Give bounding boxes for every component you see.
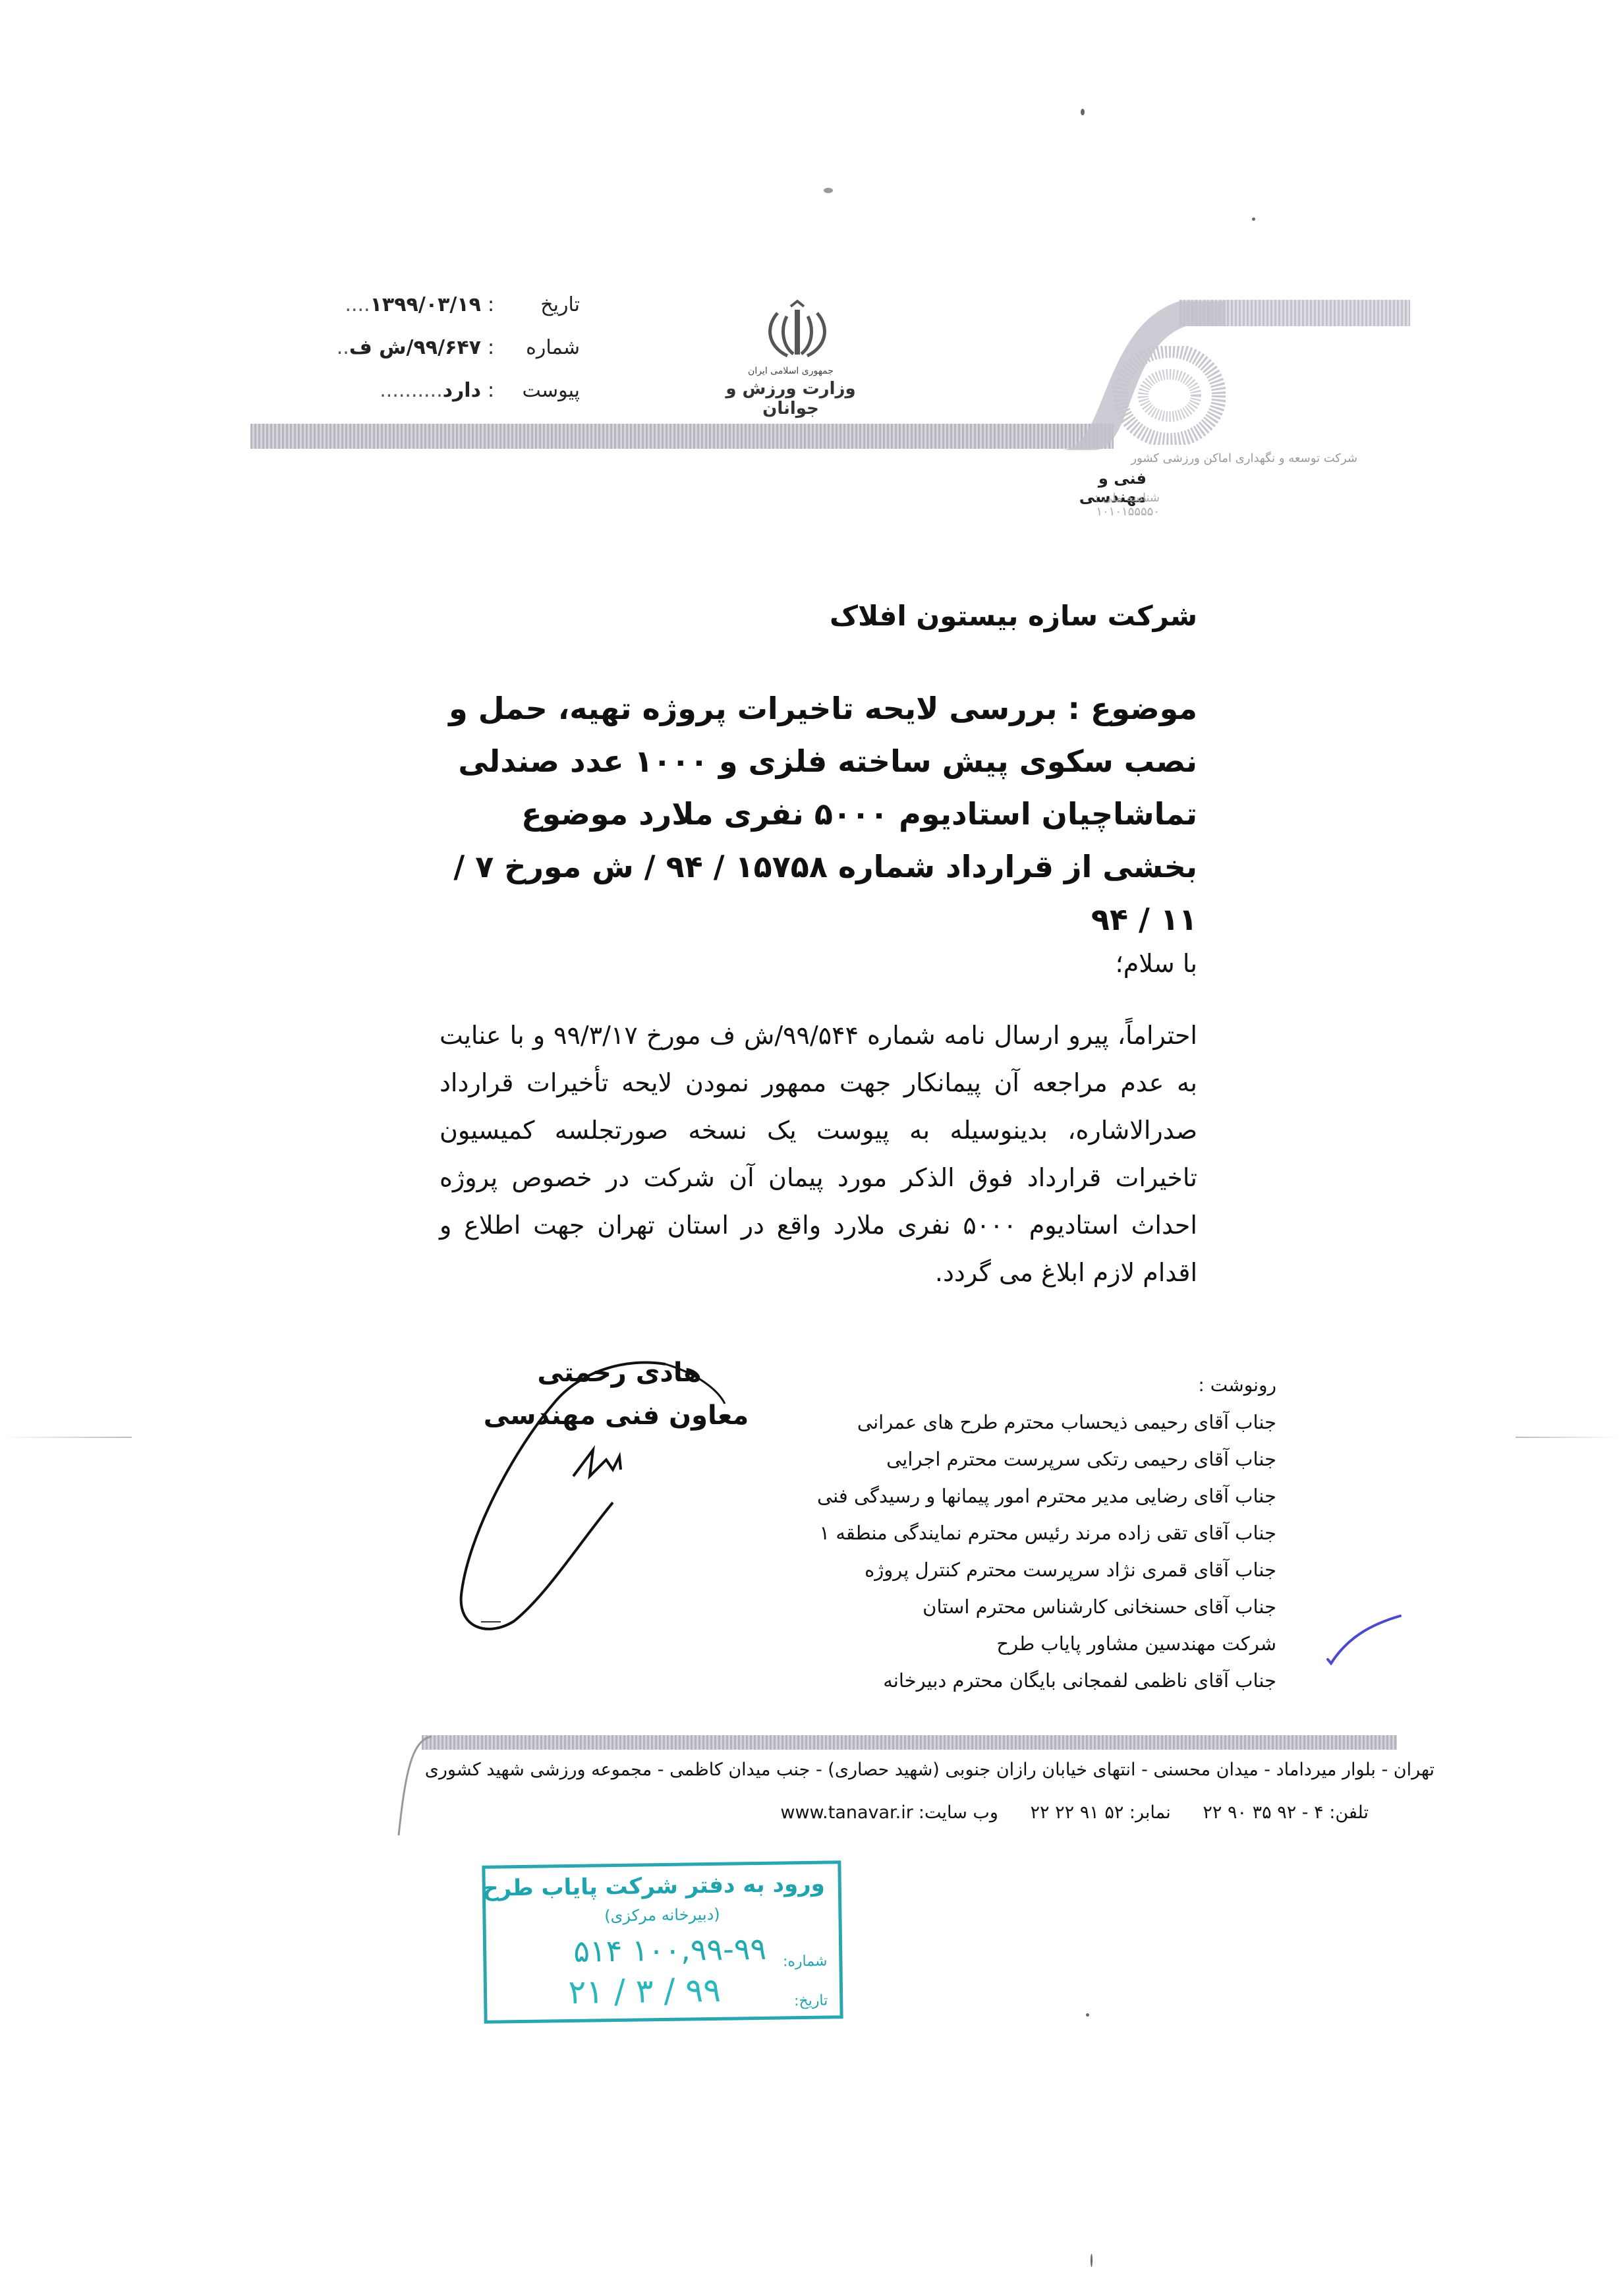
number-value: ۹۹/۶۴۷/ش ف [349,336,481,359]
number-label: شماره [501,336,580,359]
date-label: تاریخ [501,293,580,316]
footer-contact: تلفن: ۴ - ۹۲ ۳۵ ۹۰ ۲۲ نمابر: ۵۲ ۹۱ ۲۲ ۲۲… [754,1802,1369,1823]
attachment-field: پیوست:دارد.......... [329,379,580,402]
greeting: با سلام؛ [1116,949,1197,978]
stamp-date-value: ۹۹ / ۳ / ۲۱ [568,1971,721,2011]
stamp-date-label: تاریخ: [794,1993,828,2010]
scan-crease [0,1437,132,1438]
footer-website: www.tanavar.ir [780,1802,913,1823]
footer-band [422,1735,1397,1750]
cc-item: جناب آقای حسنخانی کارشناس محترم استان [617,1588,1276,1625]
cc-item: جناب آقای رحیمی ذیحساب محترم طرح های عمر… [617,1404,1276,1441]
cc-item: جناب آقای رحیمی رتکی سرپرست محترم اجرایی [617,1441,1276,1478]
cc-item: شرکت مهندسین مشاور پایاب طرح [617,1625,1276,1662]
footer-address: تهران - بلوار میرداماد - میدان محسنی - ا… [425,1760,1434,1780]
iran-emblem-icon [758,300,837,362]
scan-speck [1091,2254,1093,2267]
cc-item: جناب آقای قمری نژاد سرپرست محترم کنترل پ… [617,1551,1276,1588]
footer-band-curve [395,1733,435,1839]
ministry-subtitle: جمهوری اسلامی ایران [698,366,883,376]
national-id: شناسه ملی : ۱۰۱۰۱۵۵۵۵۰ [1028,491,1160,519]
attachment-label: پیوست [501,379,580,402]
receipt-stamp: ورود به دفتر شرکت پایاب طرح (دبیرخانه مر… [482,1860,843,2024]
blue-pen-checkmark-icon [1324,1608,1404,1674]
cc-item: جناب آقای ناظمی لفمجانی بایگان محترم دبی… [617,1662,1276,1699]
cc-item: جناب آقای رضایی مدیر محترم امور پیمانها … [617,1478,1276,1514]
footer-phone: تلفن: ۴ - ۹۲ ۳۵ ۹۰ ۲۲ [1203,1802,1369,1823]
letter-body: احتراماً، پیرو ارسال نامه شماره ۹۹/۵۴۴/ش… [440,1012,1197,1296]
stamp-number-value: ۱۰۰,۹۹-۹۹ ۵۱۴ [573,1931,767,1969]
footer-fax: نمابر: ۵۲ ۹۱ ۲۲ ۲۲ [1030,1802,1170,1823]
subject: موضوع : بررسی لایحه تاخیرات پروژه تهیه، … [433,682,1197,946]
letterhead-band-bottom [250,424,1114,449]
recipient: شرکت سازه بیستون افلاک [830,600,1197,632]
number-field: شماره:۹۹/۶۴۷/ش ف.. [329,336,580,359]
cc-list: جناب آقای رحیمی ذیحساب محترم طرح های عمر… [617,1404,1276,1699]
attachment-value: دارد [443,379,481,402]
scan-speck [1081,109,1085,115]
scan-speck [824,188,833,193]
dash-mark [481,1621,501,1622]
ministry-name: وزارت ورزش و جوانان [698,379,883,418]
stamp-number-label: شماره: [783,1953,828,1970]
date-value: ۱۳۹۹/۰۳/۱۹ [370,293,481,316]
stamp-subtitle: (دبیرخانه مرکزی) [486,1903,838,1926]
cc-item: جناب آقای تقی زاده مرند رئیس محترم نماین… [617,1514,1276,1551]
scan-speck [1086,2013,1089,2017]
cc-label: رونوشت : [1198,1374,1276,1396]
organization-name: شرکت توسعه و نگهداری اماکن ورزشی کشور [1028,451,1357,465]
scan-speck [1252,217,1255,221]
organization-logo-icon [1114,346,1226,445]
date-field: تاریخ:۱۳۹۹/۰۳/۱۹.... [329,293,580,316]
footer-website-label: وب سایت: [919,1802,998,1823]
scan-crease [1516,1437,1619,1438]
stamp-title: ورود به دفتر شرکت پایاب طرح [482,1871,825,1902]
